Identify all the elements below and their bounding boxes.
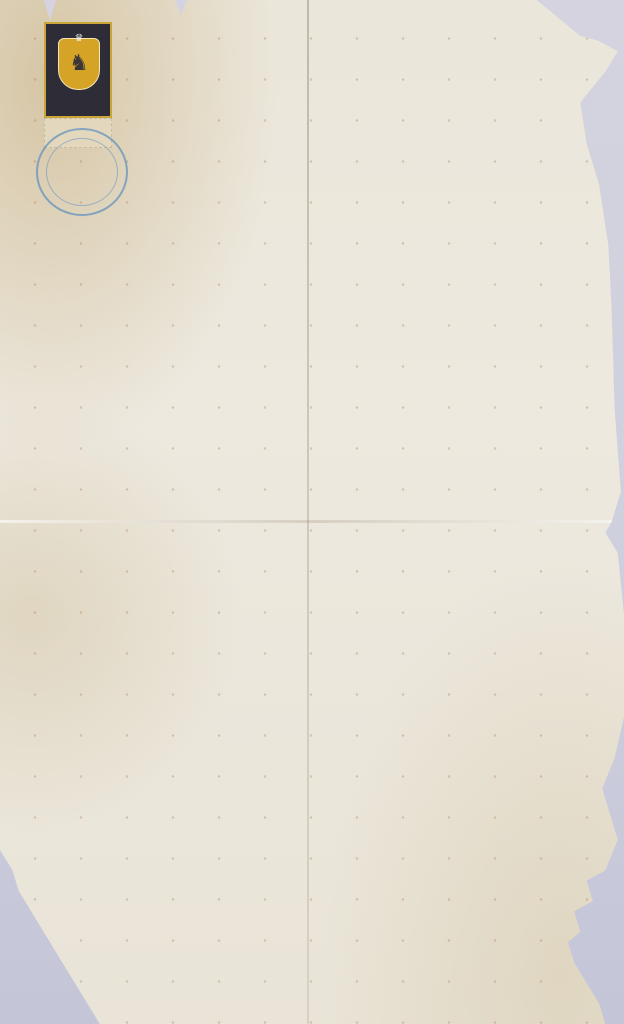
document-paper: ♛ ♞ bbox=[0, 0, 624, 1024]
lion-icon: ♞ bbox=[59, 51, 99, 77]
revenue-stamp: ♛ ♞ bbox=[44, 22, 112, 118]
municipal-seal-top bbox=[36, 128, 128, 216]
coat-of-arms-icon: ♛ ♞ bbox=[58, 38, 100, 90]
vertical-fold bbox=[307, 0, 309, 1024]
crown-icon: ♛ bbox=[67, 33, 91, 45]
horizontal-fold bbox=[0, 520, 624, 523]
